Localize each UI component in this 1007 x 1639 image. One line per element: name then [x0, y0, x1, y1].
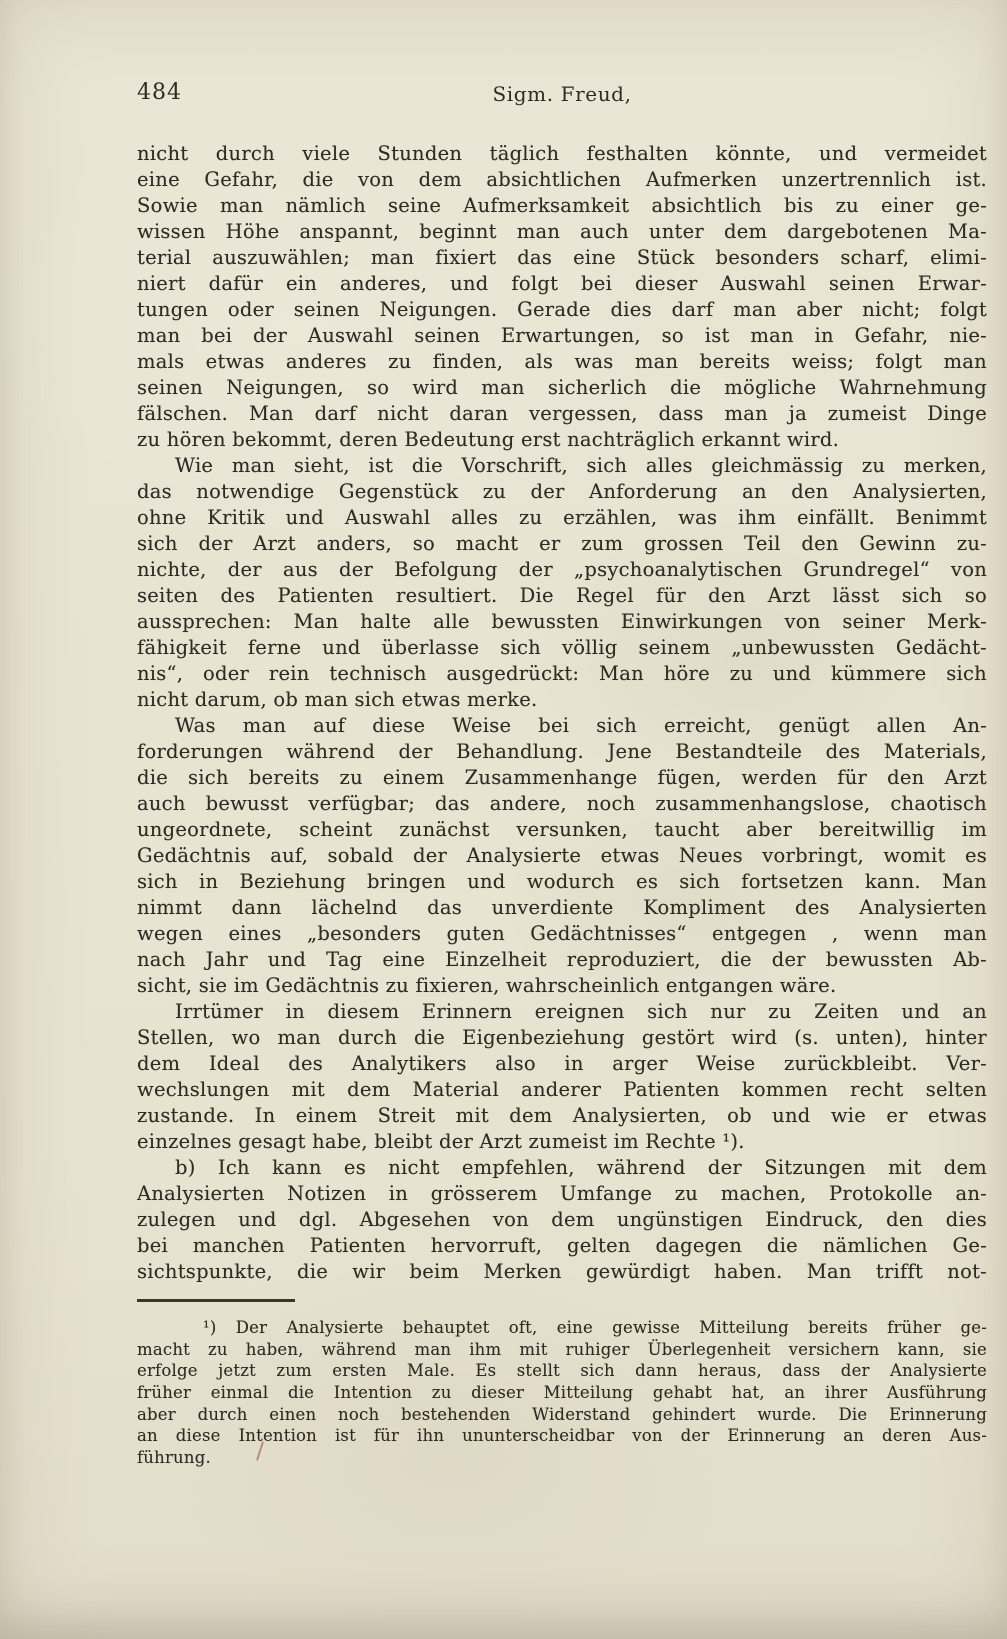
- text-line: man bei der Auswahl seinen Erwartungen, …: [137, 323, 987, 349]
- book-page-scan: 484 Sigm. Freud, nicht durch viele Stund…: [0, 0, 1007, 1639]
- page-header: 484 Sigm. Freud,: [137, 80, 987, 110]
- text-line: sich der Arzt anders, so macht er zum gr…: [137, 531, 987, 557]
- text-line: tungen oder seinen Neigungen. Gerade die…: [137, 297, 987, 323]
- footnote-separator-rule: [137, 1299, 295, 1302]
- footnote: ¹) Der Analysierte behauptet oft, eine g…: [137, 1317, 987, 1469]
- text-line: auch bewusst verfügbar; das andere, noch…: [137, 791, 987, 817]
- footnote-line: aber durch einen noch bestehenden Widers…: [137, 1404, 987, 1426]
- text-line: ungeordnete, scheint zunächst versunken,…: [137, 817, 987, 843]
- text-line: eine Gefahr, die von dem absichtlichen A…: [137, 167, 987, 193]
- text-line: Irrtümer in diesem Erinnern ereignen sic…: [137, 999, 987, 1025]
- text-line: niert dafür ein anderes, und folgt bei d…: [137, 271, 987, 297]
- text-line: seinen Neigungen, so wird man sicherlich…: [137, 375, 987, 401]
- text-line: wissen Höhe anspannt, beginnt man auch u…: [137, 219, 987, 245]
- text-line: nicht durch viele Stunden täglich festha…: [137, 141, 987, 167]
- footnote-line: erfolge jetzt zum ersten Male. Es stellt…: [137, 1360, 987, 1382]
- text-line: nimmt dann lächelnd das unverdiente Komp…: [137, 895, 987, 921]
- text-line: fälschen. Man darf nicht daran vergessen…: [137, 401, 987, 427]
- text-line: dem Ideal des Analytikers also in arger …: [137, 1051, 987, 1077]
- text-line: sicht, sie im Gedächtnis zu fixieren, wa…: [137, 973, 987, 999]
- text-line: Gedächtnis auf, sobald der Analysierte e…: [137, 843, 987, 869]
- text-line: Was man auf diese Weise bei sich erreich…: [137, 713, 987, 739]
- text-line: einzelnes gesagt habe, bleibt der Arzt z…: [137, 1129, 987, 1155]
- text-line: Analysierten Notizen in grösserem Umfang…: [137, 1181, 987, 1207]
- running-title: Sigm. Freud,: [137, 82, 987, 106]
- text-line: forderungen während der Behandlung. Jene…: [137, 739, 987, 765]
- text-line: zustande. In einem Streit mit dem Analys…: [137, 1103, 987, 1129]
- text-line: Wie man sieht, ist die Vorschrift, sich …: [137, 453, 987, 479]
- text-line: Sowie man nämlich seine Aufmerksamkeit a…: [137, 193, 987, 219]
- text-line: sich in Beziehung bringen und wodurch es…: [137, 869, 987, 895]
- text-line: b) Ich kann es nicht empfehlen, während …: [137, 1155, 987, 1181]
- text-line: zu hören bekommt, deren Bedeutung erst n…: [137, 427, 987, 453]
- text-line: mals etwas anderes zu finden, als was ma…: [137, 349, 987, 375]
- footnote-line: macht zu haben, während man ihm mit ruhi…: [137, 1339, 987, 1361]
- text-line: das notwendige Gegenstück zu der Anforde…: [137, 479, 987, 505]
- text-line: seiten des Patienten resultiert. Die Reg…: [137, 583, 987, 609]
- text-line: aussprechen: Man halte alle bewussten Ei…: [137, 609, 987, 635]
- footnote-line: ¹) Der Analysierte behauptet oft, eine g…: [137, 1317, 987, 1339]
- paper-speck: [263, 1240, 268, 1242]
- text-line: terial auszuwählen; man fixiert das eine…: [137, 245, 987, 271]
- text-line: nach Jahr und Tag eine Einzelheit reprod…: [137, 947, 987, 973]
- text-line: wechslungen mit dem Material anderer Pat…: [137, 1077, 987, 1103]
- text-line: zulegen und dgl. Abgesehen von dem ungün…: [137, 1207, 987, 1233]
- text-line: wegen eines „besonders guten Gedächtniss…: [137, 921, 987, 947]
- text-line: fähigkeit ferne und überlasse sich völli…: [137, 635, 987, 661]
- text-line: nis“, oder rein technisch ausgedrückt: M…: [137, 661, 987, 687]
- main-text-block: nicht durch viele Stunden täglich festha…: [137, 141, 987, 1285]
- text-line: bei manchen Patienten hervorruft, gelten…: [137, 1233, 987, 1259]
- text-line: Stellen, wo man durch die Eigenbeziehung…: [137, 1025, 987, 1051]
- text-line: nicht darum, ob man sich etwas merke.: [137, 687, 987, 713]
- footnote-line: führung.: [137, 1447, 987, 1469]
- text-line: die sich bereits zu einem Zusammenhange …: [137, 765, 987, 791]
- text-line: sichtspunkte, die wir beim Merken gewürd…: [137, 1259, 987, 1285]
- text-line: nichte, der aus der Befolgung der „psych…: [137, 557, 987, 583]
- footnote-line: früher einmal die Intention zu dieser Mi…: [137, 1382, 987, 1404]
- footnote-line: an diese Intention ist für ihn ununtersc…: [137, 1425, 987, 1447]
- text-line: ohne Kritik und Auswahl alles zu erzähle…: [137, 505, 987, 531]
